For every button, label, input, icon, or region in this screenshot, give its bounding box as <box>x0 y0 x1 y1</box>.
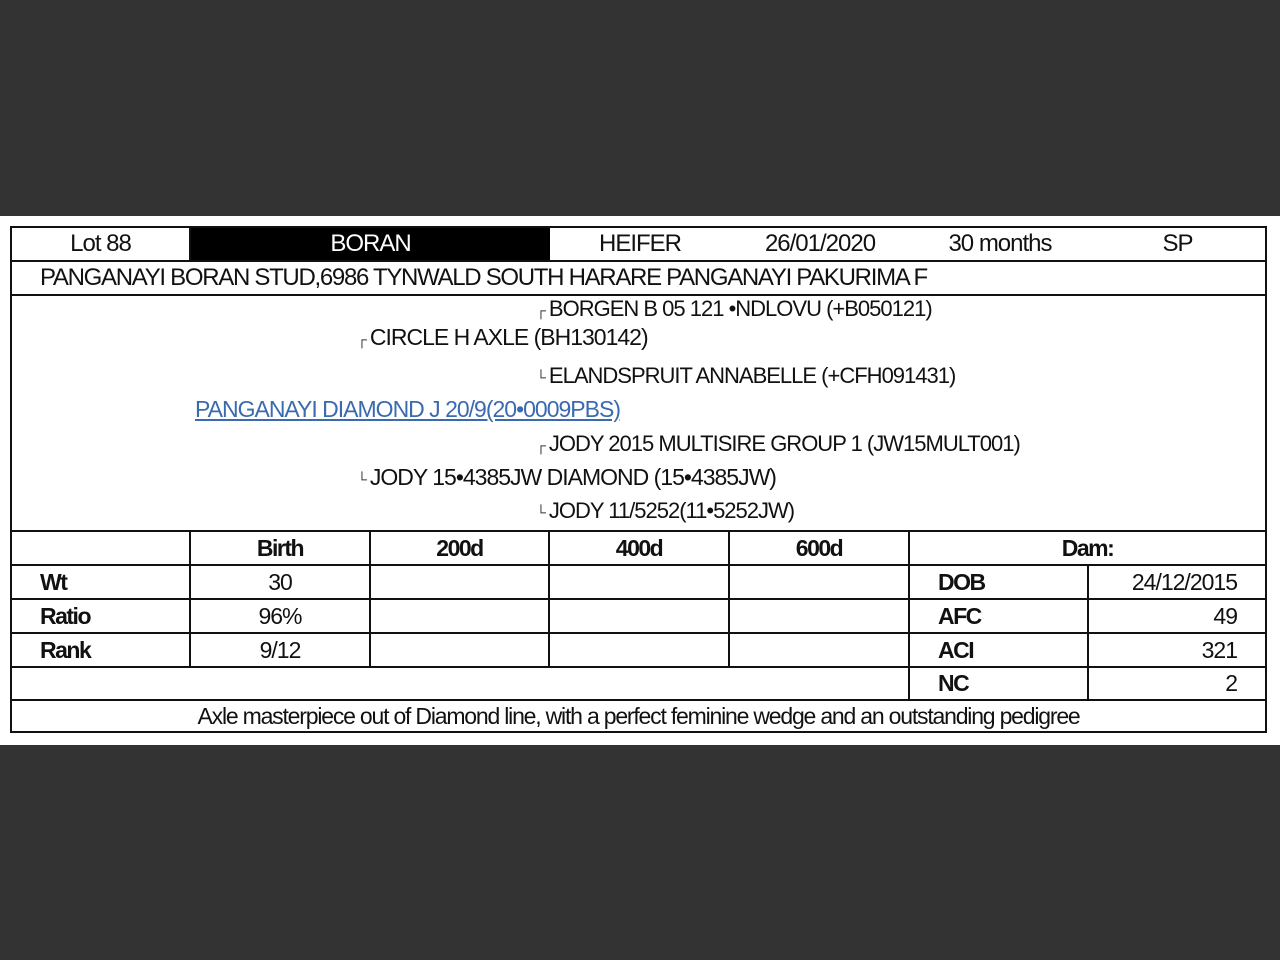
bracket-bottom-icon: └ <box>357 471 366 487</box>
age-label: 30 months <box>910 228 1090 260</box>
dam-dob-label: DOB <box>910 566 1089 598</box>
dam-nc-value: 2 <box>1089 668 1265 699</box>
subject-animal-link[interactable]: PANGANAYI DIAMOND J 20/9(20•0009PBS) <box>195 396 620 423</box>
col-header-birth: Birth <box>191 532 371 564</box>
col-header-blank <box>12 532 191 564</box>
col-header-600d: 600d <box>730 532 910 564</box>
600d-value <box>730 566 910 598</box>
bracket-top-icon: ┌ <box>536 437 545 453</box>
lot-number: Lot 88 <box>12 228 191 260</box>
dam: └JODY 15•4385JW DIAMOND (15•4385JW) <box>357 464 776 491</box>
200d-value <box>371 600 550 632</box>
col-header-200d: 200d <box>371 532 550 564</box>
row-label: Rank <box>12 634 191 666</box>
performance-row-ratio: Ratio 96% AFC 49 <box>12 600 1265 634</box>
performance-row-rank: Rank 9/12 ACI 321 <box>12 634 1265 668</box>
birth-value: 9/12 <box>191 634 371 666</box>
dam-sire-name: JODY 2015 MULTISIRE GROUP 1 (JW15MULT001… <box>549 431 1020 456</box>
dam-dam-name: JODY 11/5252(11•5252JW) <box>549 498 794 523</box>
dam-afc-value: 49 <box>1089 600 1265 632</box>
200d-value <box>371 634 550 666</box>
sire-sire: ┌BORGEN B 05 121 •NDLOVU (+B050121) <box>536 296 932 322</box>
400d-value <box>550 634 730 666</box>
400d-value <box>550 600 730 632</box>
sire-sire-name: BORGEN B 05 121 •NDLOVU (+B050121) <box>549 296 932 321</box>
birth-date: 26/01/2020 <box>730 228 910 260</box>
row-label: Ratio <box>12 600 191 632</box>
dam-sire: ┌JODY 2015 MULTISIRE GROUP 1 (JW15MULT00… <box>536 431 1020 457</box>
sire: ┌CIRCLE H AXLE (BH130142) <box>357 324 648 351</box>
birth-value: 30 <box>191 566 371 598</box>
comment-row: Axle masterpiece out of Diamond line, wi… <box>12 701 1265 731</box>
sex-label: HEIFER <box>550 228 730 260</box>
code-label: SP <box>1090 228 1265 260</box>
dam-dam: └JODY 11/5252(11•5252JW) <box>536 498 794 524</box>
bracket-top-icon: ┌ <box>536 302 545 318</box>
owner-row: PANGANAYI BORAN STUD,6986 TYNWALD SOUTH … <box>12 262 1265 296</box>
comment-text: Axle masterpiece out of Diamond line, wi… <box>12 701 1265 731</box>
birth-value: 96% <box>191 600 371 632</box>
600d-value <box>730 600 910 632</box>
bracket-bottom-icon: └ <box>536 369 545 385</box>
owner-text: PANGANAYI BORAN STUD,6986 TYNWALD SOUTH … <box>12 262 1265 294</box>
performance-row-wt: Wt 30 DOB 24/12/2015 <box>12 566 1265 600</box>
lot-card: Lot 88 BORAN HEIFER 26/01/2020 30 months… <box>10 226 1267 733</box>
dam-name: JODY 15•4385JW DIAMOND (15•4385JW) <box>370 464 776 490</box>
lot-sheet: Lot 88 BORAN HEIFER 26/01/2020 30 months… <box>0 216 1280 745</box>
sire-dam-name: ELANDSPRUIT ANNABELLE (+CFH091431) <box>549 363 955 388</box>
600d-value <box>730 634 910 666</box>
bracket-top-icon: ┌ <box>357 331 366 347</box>
sire-name: CIRCLE H AXLE (BH130142) <box>370 324 648 350</box>
breed-label: BORAN <box>191 228 550 260</box>
pedigree-section: ┌BORGEN B 05 121 •NDLOVU (+B050121) ┌CIR… <box>12 296 1265 532</box>
200d-value <box>371 566 550 598</box>
dam-aci-value: 321 <box>1089 634 1265 666</box>
dam-row-nc: NC 2 <box>12 668 1265 701</box>
row-label: Wt <box>12 566 191 598</box>
blank-cell <box>12 668 910 699</box>
400d-value <box>550 566 730 598</box>
header-row: Lot 88 BORAN HEIFER 26/01/2020 30 months… <box>12 228 1265 262</box>
dam-afc-label: AFC <box>910 600 1089 632</box>
performance-header: Birth 200d 400d 600d Dam: <box>12 532 1265 566</box>
sire-dam: └ELANDSPRUIT ANNABELLE (+CFH091431) <box>536 363 955 389</box>
dam-header: Dam: <box>910 532 1265 564</box>
dam-dob-value: 24/12/2015 <box>1089 566 1265 598</box>
col-header-400d: 400d <box>550 532 730 564</box>
bracket-bottom-icon: └ <box>536 504 545 520</box>
dam-nc-label: NC <box>910 668 1089 699</box>
dam-aci-label: ACI <box>910 634 1089 666</box>
